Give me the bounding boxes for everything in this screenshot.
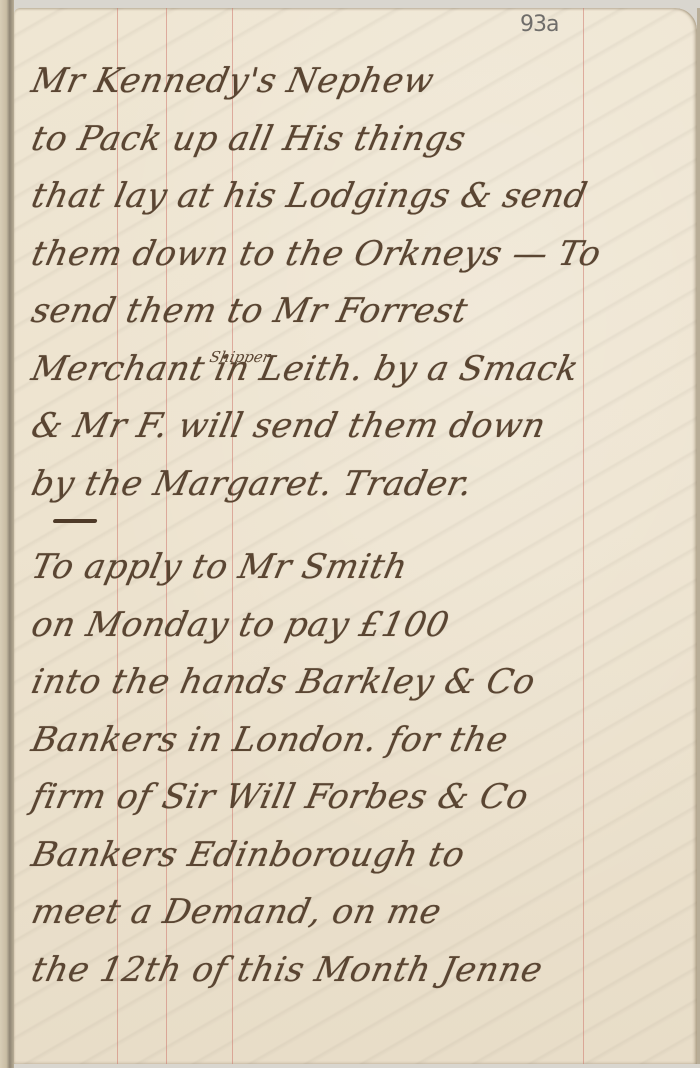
book-binding-gutter [0, 0, 14, 1068]
text-line: Merchant in Leith. by a Smack [26, 341, 688, 399]
text-line: & Mr F. will send them down [26, 398, 688, 456]
text-line: send them to Mr Forrest [26, 283, 688, 341]
text-line: to Pack up all His things [26, 111, 688, 169]
section-divider [29, 513, 685, 539]
text-line: by the Margaret. Trader. [26, 456, 688, 514]
manuscript-page: 93a Mr Kennedy's Nephew to Pack up all H… [14, 8, 697, 1064]
text-line: meet a Demand, on me [26, 884, 688, 942]
short-rule [53, 519, 98, 523]
manuscript-text: Mr Kennedy's Nephew to Pack up all His t… [32, 53, 682, 999]
text-line: into the hands Barkley & Co [26, 654, 688, 712]
text-line: Mr Kennedy's Nephew [26, 53, 688, 111]
text-line: To apply to Mr Smith [26, 539, 688, 597]
text-line: firm of Sir Will Forbes & Co [26, 769, 688, 827]
text-line: them down to the Orkneys — To [26, 226, 688, 284]
text-line: that lay at his Lodgings & send [26, 168, 688, 226]
interlinear-insertion: Shipper [208, 348, 272, 366]
text-line: the 12th of this Month Jenne [26, 942, 688, 1000]
text-line: Bankers Edinborough to [26, 827, 688, 885]
text-line: Bankers in London. for the [26, 712, 688, 770]
folio-number: 93a [520, 12, 558, 37]
text-line: on Monday to pay £100 [26, 597, 688, 655]
